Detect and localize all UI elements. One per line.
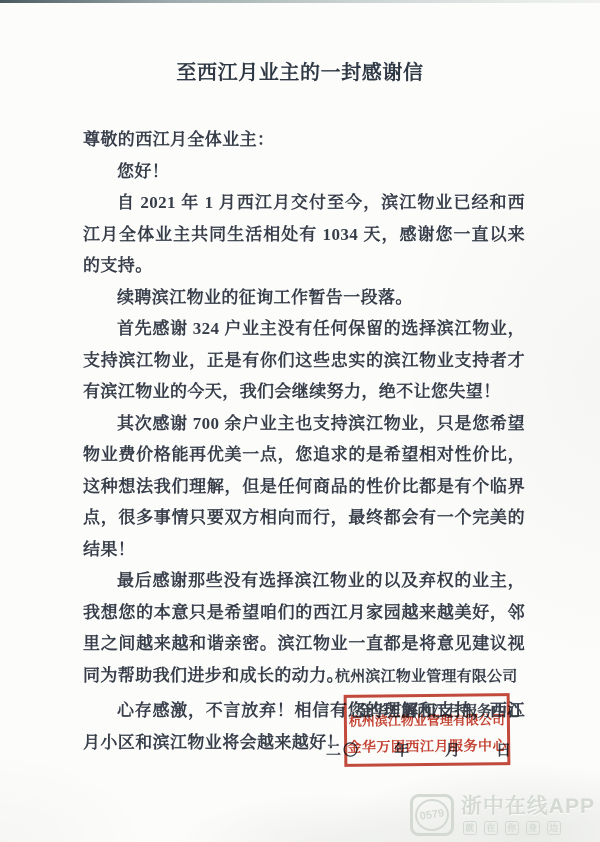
area-code-badge-icon: 0579 bbox=[410, 794, 454, 836]
letter-paragraph: 续聘滨江物业的征询工作暂告一段落。 bbox=[83, 282, 525, 314]
watermark-tagline-char: 身 bbox=[526, 821, 540, 835]
watermark-tagline-char: 在 bbox=[484, 821, 498, 835]
badge-code: 0579 bbox=[413, 797, 451, 833]
stamp-company-line: 杭州滨江物业管理有限公司 bbox=[347, 709, 507, 730]
letter-paragraph: 您好！ bbox=[83, 156, 525, 188]
watermark-tagline: 就 在 你 身 边 bbox=[463, 821, 595, 835]
letter-body: 尊敬的西江月全体业主： 您好！ 自 2021 年 1 月西江月交付至今，滨江物业… bbox=[83, 124, 525, 758]
watermark-tagline-char: 你 bbox=[505, 821, 519, 835]
scanned-letter-page: 至西江月业主的一封感谢信 尊敬的西江月全体业主： 您好！ 自 2021 年 1 … bbox=[0, 0, 600, 842]
app-watermark: 0579 浙中在线APP 就 在 你 身 边 bbox=[410, 794, 595, 836]
watermark-tagline-char: 就 bbox=[463, 821, 477, 835]
watermark-app-name: 浙中在线APP bbox=[461, 796, 595, 818]
letter-paragraph: 首先感谢 324 户业主没有任何保留的选择滨江物业，支持滨江物业，正是有你们这些… bbox=[83, 313, 525, 408]
stamp-center-line: 金华万固西江月服务中心 bbox=[347, 735, 507, 757]
scan-edge-shadow bbox=[0, 0, 600, 3]
letter-salutation: 尊敬的西江月全体业主： bbox=[83, 124, 525, 156]
company-seal-stamp: 杭州滨江物业管理有限公司 金华万固西江月服务中心 bbox=[344, 693, 511, 767]
watermark-tagline-char: 边 bbox=[547, 821, 561, 835]
signature-company: 杭州滨江物业管理有限公司 bbox=[335, 665, 517, 686]
letter-paragraph: 其次感谢 700 余户业主也支持滨江物业，只是您希望物业费价格能再优美一点，您追… bbox=[83, 408, 525, 566]
letter-title: 至西江月业主的一封感谢信 bbox=[0, 56, 600, 85]
letter-paragraph: 自 2021 年 1 月西江月交付至今，滨江物业已经和西江月全体业主共同生活相处… bbox=[83, 187, 525, 282]
watermark-text-column: 浙中在线APP 就 在 你 身 边 bbox=[461, 796, 595, 835]
